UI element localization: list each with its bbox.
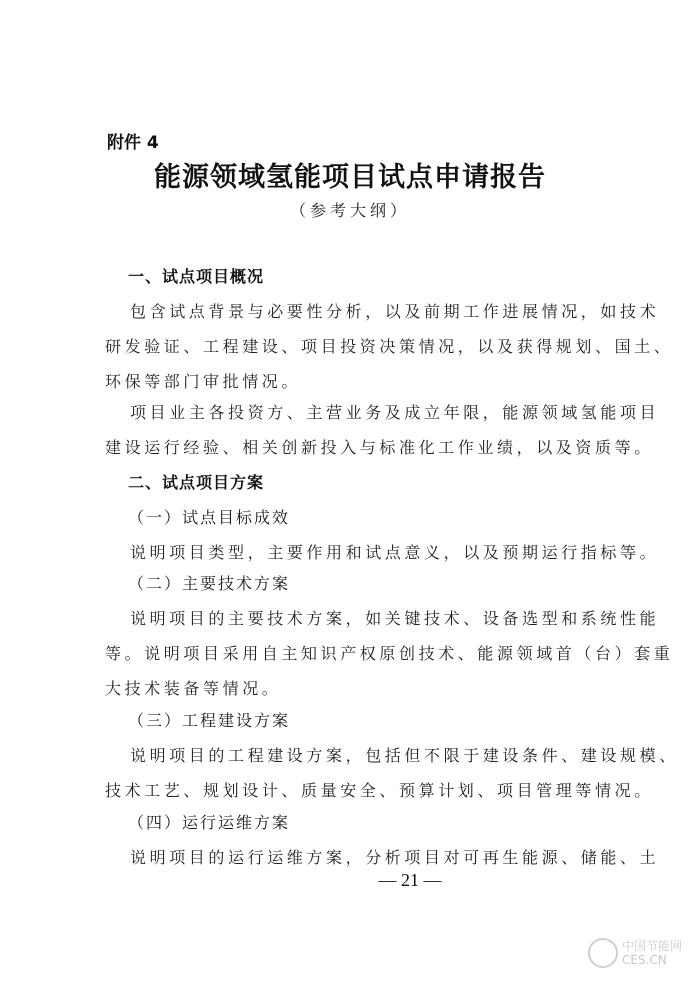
watermark: 中国节能网 CES.CN [588, 938, 682, 968]
paragraph-line: 建设运行经验、相关创新投入与标准化工作业绩，以及资质等。 [105, 437, 615, 459]
watermark-line-1: 中国节能网 [622, 939, 682, 953]
subsection-heading-4: （四）运行运维方案 [128, 812, 638, 834]
attachment-label: 附件 4 [107, 128, 159, 153]
document-subtitle: （参考大纲） [0, 198, 700, 221]
paragraph-line: 包含试点背景与必要性分析，以及前期工作进展情况，如技术 [130, 301, 640, 323]
paragraph-line: 研发验证、工程建设、项目投资决策情况，以及获得规划、国土、 [105, 336, 615, 358]
paragraph-line: 说明项目的主要技术方案，如关键技术、设备选型和系统性能 [130, 608, 640, 630]
section-heading-1: 一、试点项目概况 [128, 266, 638, 288]
paragraph-line: 说明项目类型，主要作用和试点意义，以及预期运行指标等。 [130, 542, 640, 564]
watermark-line-2: CES.CN [622, 953, 682, 967]
watermark-logo-icon [588, 938, 618, 968]
section-heading-2: 二、试点项目方案 [128, 472, 638, 494]
paragraph-line: 大技术装备等情况。 [105, 678, 615, 700]
subsection-heading-3: （三）工程建设方案 [128, 710, 638, 732]
paragraph-line: 项目业主各投资方、主营业务及成立年限，能源领域氢能项目 [130, 402, 640, 424]
subsection-heading-1: （一）试点目标成效 [128, 507, 638, 529]
paragraph-line: 说明项目的工程建设方案，包括但不限于建设条件、建设规模、 [130, 745, 640, 767]
paragraph-line: 环保等部门审批情况。 [105, 371, 615, 393]
document-title: 能源领域氢能项目试点申请报告 [0, 155, 700, 194]
paragraph-line: 说明项目的运行运维方案，分析项目对可再生能源、储能、土 [130, 847, 640, 869]
page-number: — 21 — [0, 870, 700, 891]
subsection-heading-2: （二）主要技术方案 [128, 573, 638, 595]
paragraph-line: 等。说明项目采用自主知识产权原创技术、能源领域首（台）套重 [105, 643, 615, 665]
paragraph-line: 技术工艺、规划设计、质量安全、预算计划、项目管理等情况。 [105, 780, 615, 802]
document-page: 附件 4 能源领域氢能项目试点申请报告 （参考大纲） 一、试点项目概况 包含试点… [0, 0, 700, 990]
